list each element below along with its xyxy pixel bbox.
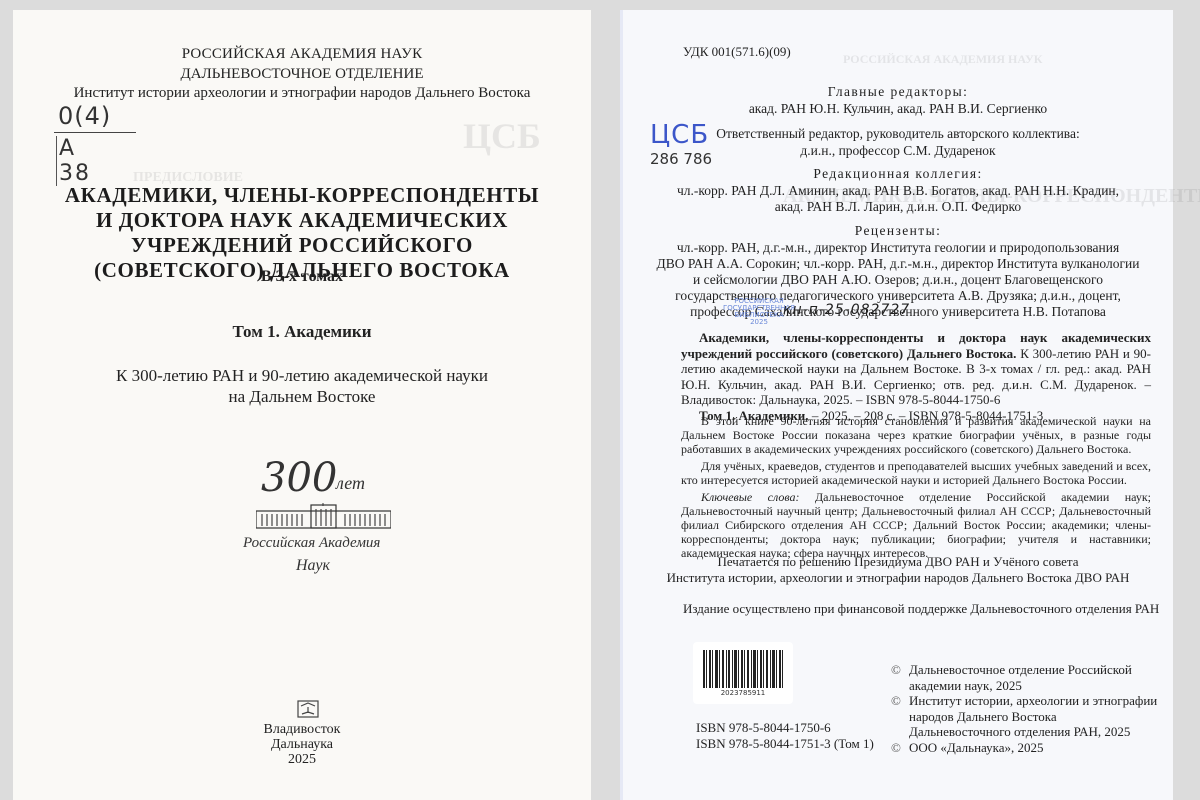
copyright-item: © Институт истории, археологии и этногра…	[891, 693, 1161, 740]
org-institute: Институт истории археологии и этнографии…	[13, 85, 591, 102]
publication-year: 2025	[13, 752, 591, 768]
bleed-through-text: РОССИЙСКАЯ АКАДЕМИЯ НАУК	[843, 52, 1043, 67]
funding-note: Издание осуществлено при финансовой подд…	[683, 601, 1159, 617]
barcode-icon	[703, 650, 783, 688]
copyright-text: Дальневосточное отделение Российской ака…	[909, 662, 1161, 693]
annotation-paragraph: В этой книге 90-летняя история становлен…	[681, 414, 1151, 456]
print-decision-line: Печатается по решению Президиума ДВО РАН…	[648, 554, 1148, 570]
bleed-through-stamp: ЦСБ	[463, 115, 541, 157]
publisher-name: Дальнаука	[13, 737, 591, 753]
copyright-text: ООО «Дальнаука», 2025	[909, 740, 1044, 756]
book-title-line: И ДОКТОРА НАУК АКАДЕМИЧЕСКИХ	[13, 208, 591, 233]
udk-code: УДК 001(571.6)(09)	[683, 44, 791, 60]
copyright-item: © ООО «Дальнаука», 2025	[891, 740, 1161, 756]
shelfmark-author-mark: А 38	[56, 136, 109, 186]
logo-word: лет	[336, 473, 365, 494]
anniversary-subtitle: К 300-летию РАН и 90-летию академической…	[13, 365, 591, 407]
org-name: РОССИЙСКАЯ АКАДЕМИЯ НАУК	[13, 46, 591, 63]
volume-count: В 3-х томах	[13, 268, 591, 286]
title-page-left: ПРЕДИСЛОВИЕ ЦСБ РОССИЙСКАЯ АКАДЕМИЯ НАУК…	[13, 10, 591, 800]
rsl-stamp-line: 2025	[723, 319, 795, 326]
copyright-block: © Дальневосточное отделение Российской а…	[891, 662, 1161, 755]
isbn-line: ISBN 978-5-8044-1750-6	[696, 720, 874, 736]
chief-editors-heading: Главные редакторы:	[623, 84, 1173, 100]
reviewers-line: чл.-корр. РАН, д.г.-м.н., директор Инсти…	[623, 240, 1173, 256]
responsible-editor-heading: Ответственный редактор, руководитель авт…	[623, 126, 1173, 142]
shelfmark-class: 0(4)	[58, 102, 136, 130]
volume-title: Том 1. Академики	[13, 322, 591, 342]
barcode-label: 2023785911	[693, 642, 793, 704]
anniversary-line: К 300-летию РАН и 90-летию академической…	[13, 365, 591, 386]
logo-script-line: Наук	[296, 557, 330, 575]
copyright-item: © Дальневосточное отделение Российской а…	[891, 662, 1161, 693]
bibliographic-record: Академики, члены-корреспонденты и доктор…	[681, 330, 1151, 423]
keywords-label: Ключевые слова:	[701, 490, 800, 504]
isbn-block: ISBN 978-5-8044-1750-6 ISBN 978-5-8044-1…	[696, 720, 874, 752]
reviewers-heading: Рецензенты:	[623, 223, 1173, 239]
imprint-page-right: РОССИЙСКАЯ АКАДЕМИЯ НАУК АКАДЕМИКИ, ЧЛЕН…	[620, 10, 1173, 800]
reviewers-line: и сейсмологии ДВО РАН А.Ю. Озеров; д.и.н…	[623, 272, 1173, 288]
editorial-board-line: чл.-корр. РАН Д.Л. Аминин, акад. РАН В.В…	[623, 183, 1173, 199]
reviewers-line: ДВО РАН А.А. Сорокин; чл.-корр. РАН, д.г…	[623, 256, 1173, 272]
chief-editors: акад. РАН Ю.Н. Кульчин, акад. РАН В.И. С…	[623, 101, 1173, 117]
print-decision: Печатается по решению Президиума ДВО РАН…	[648, 554, 1148, 586]
barcode-number: 2023785911	[693, 689, 793, 697]
shelfmark: 0(4) А 38	[58, 102, 136, 186]
org-branch: ДАЛЬНЕВОСТОЧНОЕ ОТДЕЛЕНИЕ	[13, 66, 591, 83]
responsible-editor: д.и.н., профессор С.М. Дударенок	[623, 143, 1173, 159]
ras-300-logo: 300 лет Российская Академия Наук	[241, 455, 411, 595]
editorial-board-line: акад. РАН В.Л. Ларин, д.и.н. О.П. Федирк…	[623, 199, 1173, 215]
annotation-audience: Для учёных, краеведов, студентов и препо…	[681, 459, 1151, 487]
editorial-board-heading: Редакционная коллегия:	[623, 166, 1173, 182]
publication-city: Владивосток	[13, 722, 591, 738]
anniversary-line: на Дальнем Востоке	[13, 386, 591, 407]
editorial-board: чл.-корр. РАН Д.Л. Аминин, акад. РАН В.В…	[623, 183, 1173, 215]
inventory-number: кн-п-25-082727	[783, 302, 910, 318]
logo-script-line: Российская Академия	[243, 535, 380, 552]
academy-building-icon	[256, 503, 391, 529]
logo-number: 300	[261, 455, 337, 501]
print-decision-line: Института истории, археологии и этнограф…	[648, 570, 1148, 586]
annotation: В этой книге 90-летняя история становлен…	[681, 414, 1151, 563]
keywords: Ключевые слова: Дальневосточное отделени…	[681, 490, 1151, 560]
isbn-line: ISBN 978-5-8044-1751-3 (Том 1)	[696, 736, 874, 752]
publisher-logo-icon	[297, 700, 319, 718]
copyright-text: Институт истории, археологии и этнографи…	[909, 693, 1161, 740]
copyright-icon: ©	[891, 740, 909, 756]
copyright-icon: ©	[891, 693, 909, 740]
book-title-line: АКАДЕМИКИ, ЧЛЕНЫ-КОРРЕСПОНДЕНТЫ	[13, 183, 591, 208]
copyright-icon: ©	[891, 662, 909, 693]
book-title-line: УЧРЕЖДЕНИЙ РОССИЙСКОГО	[13, 233, 591, 258]
shelfmark-divider	[54, 132, 136, 133]
